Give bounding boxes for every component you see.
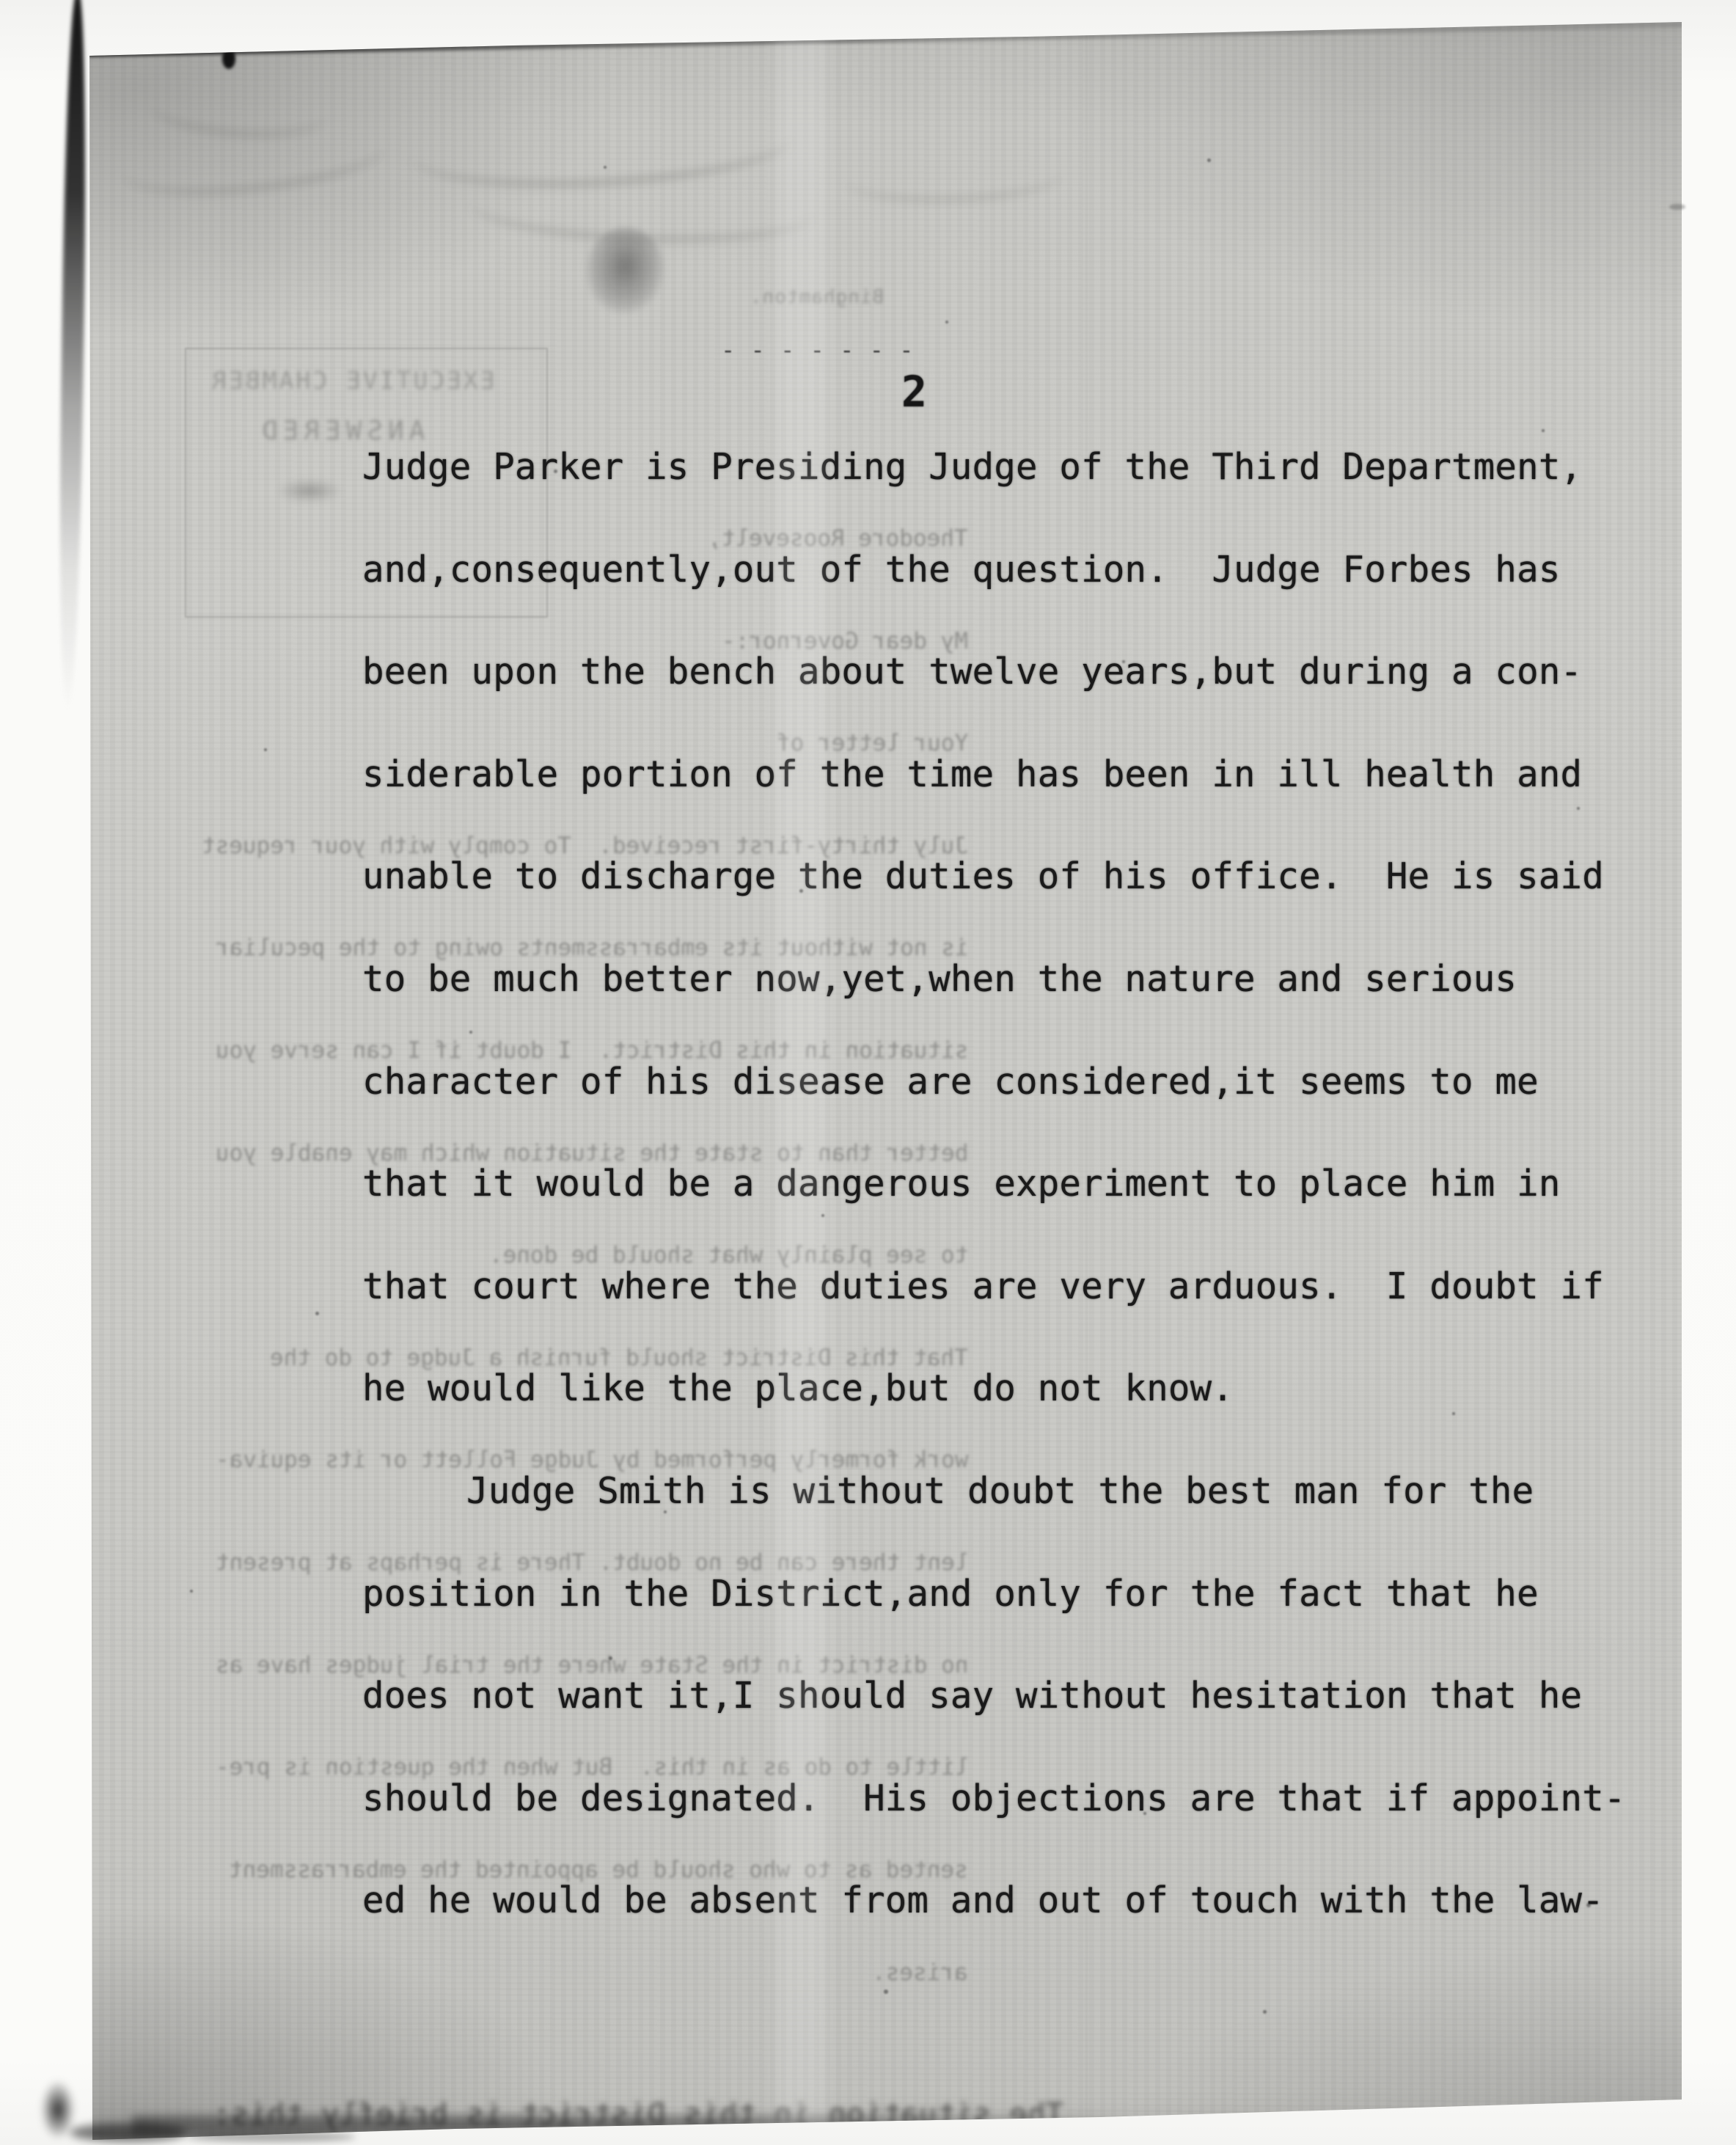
ghost-line: little to do as in this. But when the qu…: [216, 1756, 969, 1779]
ghost-line: Theodore Roosevelt,: [708, 527, 968, 550]
ghost-line: work formerly performed by Judge Follett…: [216, 1449, 969, 1472]
ghost-line: no district in the State where the trial…: [216, 1654, 969, 1677]
paper-speck: [884, 1989, 888, 1994]
paper-speck: [1577, 807, 1580, 810]
ghost-line: better than to state the situation which…: [216, 1142, 969, 1165]
fold-line: [1085, 0, 1088, 2145]
ghost-line: July thirty-first received. To comply wi…: [202, 835, 968, 858]
paper-speck: [1452, 1412, 1455, 1415]
ghost-line: That this District should furnish a Judg…: [270, 1347, 968, 1370]
stamp-line-answered: ANSWERED: [257, 418, 425, 445]
scanned-letter-page: Binghamton. EXECUTIVE CHAMBER ANSWERED -…: [0, 0, 1736, 2145]
typed-line: does not want it,I should say without he…: [362, 1678, 1582, 1714]
typed-line: character of his disease are considered,…: [362, 1064, 1539, 1100]
corner-mark: [70, 2123, 187, 2142]
paper-speck: [604, 166, 607, 169]
paper-speck: [1122, 660, 1125, 663]
document-page: Binghamton. EXECUTIVE CHAMBER ANSWERED -…: [0, 0, 1736, 2145]
typed-line: unable to discharge the duties of his of…: [362, 858, 1604, 894]
typed-line: that it would be a dangerous experiment …: [362, 1166, 1561, 1202]
paper-speck: [1586, 1903, 1591, 1907]
paper-speck: [1143, 1812, 1146, 1815]
typed-line: Judge Parker is Presiding Judge of the T…: [362, 449, 1582, 485]
ghost-line: situation in this District. I doubt if I…: [216, 1039, 969, 1062]
typed-line: siderable portion of the time has been i…: [362, 756, 1582, 792]
page-number: 2: [901, 367, 927, 417]
ghost-line: to see plainly what should be done.: [489, 1244, 968, 1267]
ghost-line: My dear Governor:-: [722, 630, 968, 653]
typed-line: should be designated. His objections are…: [362, 1780, 1626, 1816]
stamp-date-smudge: [276, 478, 343, 503]
typed-line: to be much better now,yet,when the natur…: [362, 961, 1517, 997]
paper-speck: [609, 1656, 612, 1660]
paper-speck: [664, 1510, 667, 1513]
typed-line: ed he would be absent from and out of to…: [362, 1882, 1604, 1918]
paper-speck: [799, 889, 803, 893]
paper-speck: [1542, 429, 1545, 432]
paper-speck: [945, 321, 948, 324]
stamp-line-executive-chamber: EXECUTIVE CHAMBER: [210, 368, 495, 392]
typed-line: been upon the bench about twelve years,b…: [362, 654, 1582, 690]
ghost-line: arises.: [872, 1962, 968, 1984]
typed-line: that court where the duties are very ard…: [362, 1268, 1604, 1304]
paper-speck: [264, 748, 267, 751]
ghost-line: lent there can be no doubt. There is per…: [216, 1552, 969, 1574]
light-band: [776, 0, 827, 2145]
paper-speck: [315, 1312, 319, 1315]
paper-speck: [1263, 2010, 1267, 2014]
typed-line: and,consequently,out of the question. Ju…: [362, 552, 1561, 588]
margin-speck: [1669, 204, 1685, 210]
paper-speck: [469, 1031, 472, 1034]
paper-speck: [190, 1590, 193, 1593]
paper-speck: [821, 1214, 824, 1217]
corner-mark: [187, 2132, 356, 2142]
typed-line: Judge Smith is without doubt the best ma…: [466, 1473, 1534, 1509]
ghost-line: is not without its embarrassments owing …: [216, 937, 969, 960]
handwriting-ghost-stroke: [843, 149, 1064, 205]
paper-speck: [554, 469, 557, 473]
paper-speck: [1207, 158, 1211, 162]
typed-line: position in the District,and only for th…: [362, 1576, 1539, 1612]
ghost-line: sented as to who should be appointed the…: [229, 1859, 968, 1882]
